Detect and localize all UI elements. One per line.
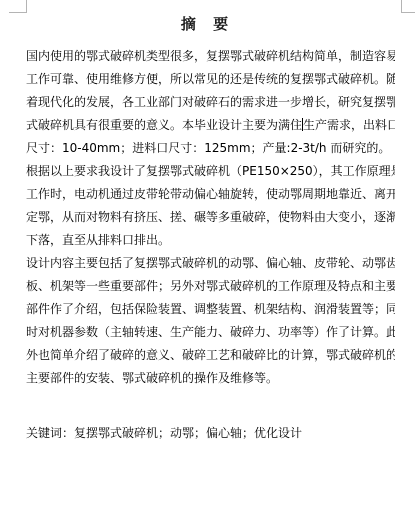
text-line: 定鄂，从而对物料有挤压、搓、碾等多重破碎，使物料由大变小，逐渐 [26,206,395,229]
text-before-caret: 式破碎机具有很重要的意义。本毕业设计主要为满住 [26,118,302,132]
margin-corner-mark-left [9,0,27,13]
text-line: 主要部件的安装、鄂式破碎机的操作及维修等。 [26,367,395,390]
text-line: 部件作了介绍，包括保险装置、调整装置、机架结构、润滑装置等；同 [26,298,395,321]
text-line: 工作可靠、使用维修方便，所以常见的还是传统的复摆鄂式破碎机。随 [26,68,395,91]
abstract-body[interactable]: 国内使用的鄂式破碎机类型很多，复摆鄂式破碎机结构简单，制造容易、 工作可靠、使用… [26,45,395,390]
text-line: 尺寸：10-40mm；进料口尺寸：125mm；产量:2-3t/h 而研究的。 [26,137,395,160]
paragraph-1: 国内使用的鄂式破碎机类型很多，复摆鄂式破碎机结构简单，制造容易、 工作可靠、使用… [26,45,395,160]
paragraph-3: 设计内容主要包括了复摆鄂式破碎机的动鄂、偏心轴、皮带轮、动鄂齿 板、机架等一些重… [26,252,395,390]
text-line: 板、机架等一些重要部件；另外对鄂式破碎机的工作原理及特点和主要 [26,275,395,298]
text-after-caret: 生产需求，出料口 [303,118,395,132]
text-line-with-caret: 式破碎机具有很重要的意义。本毕业设计主要为满住生产需求，出料口 [26,114,395,137]
text-line: 根据以上要求我设计了复摆鄂式破碎机（PE150×250），其工作原理是： [26,160,395,183]
paragraph-2: 根据以上要求我设计了复摆鄂式破碎机（PE150×250），其工作原理是： 工作时… [26,160,395,252]
text-line: 设计内容主要包括了复摆鄂式破碎机的动鄂、偏心轴、皮带轮、动鄂齿 [26,252,395,275]
abstract-title: 摘 要 [0,14,415,34]
text-line: 外也简单介绍了破碎的意义、破碎工艺和破碎比的计算，鄂式破碎机的 [26,344,395,367]
text-line: 国内使用的鄂式破碎机类型很多，复摆鄂式破碎机结构简单，制造容易、 [26,45,395,68]
keywords-value: 复摆鄂式破碎机；动鄂；偏心轴；优化设计 [74,426,302,440]
text-line: 工作时，电动机通过皮带轮带动偏心轴旋转，使动鄂周期地靠近、离开 [26,183,395,206]
text-line: 着现代化的发展，各工业部门对破碎石的需求进一步增长，研究复摆鄂 [26,91,395,114]
document-page[interactable]: 摘 要 国内使用的鄂式破碎机类型很多，复摆鄂式破碎机结构简单，制造容易、 工作可… [0,0,415,524]
keywords-line: 关键词：复摆鄂式破碎机；动鄂；偏心轴；优化设计 [26,422,395,445]
text-line: 下落，直至从排料口排出。 [26,229,395,252]
margin-corner-mark-right [401,0,415,13]
keywords-label: 关键词： [26,426,74,440]
text-line: 时对机器参数（主轴转速、生产能力、破碎力、功率等）作了计算。此 [26,321,395,344]
